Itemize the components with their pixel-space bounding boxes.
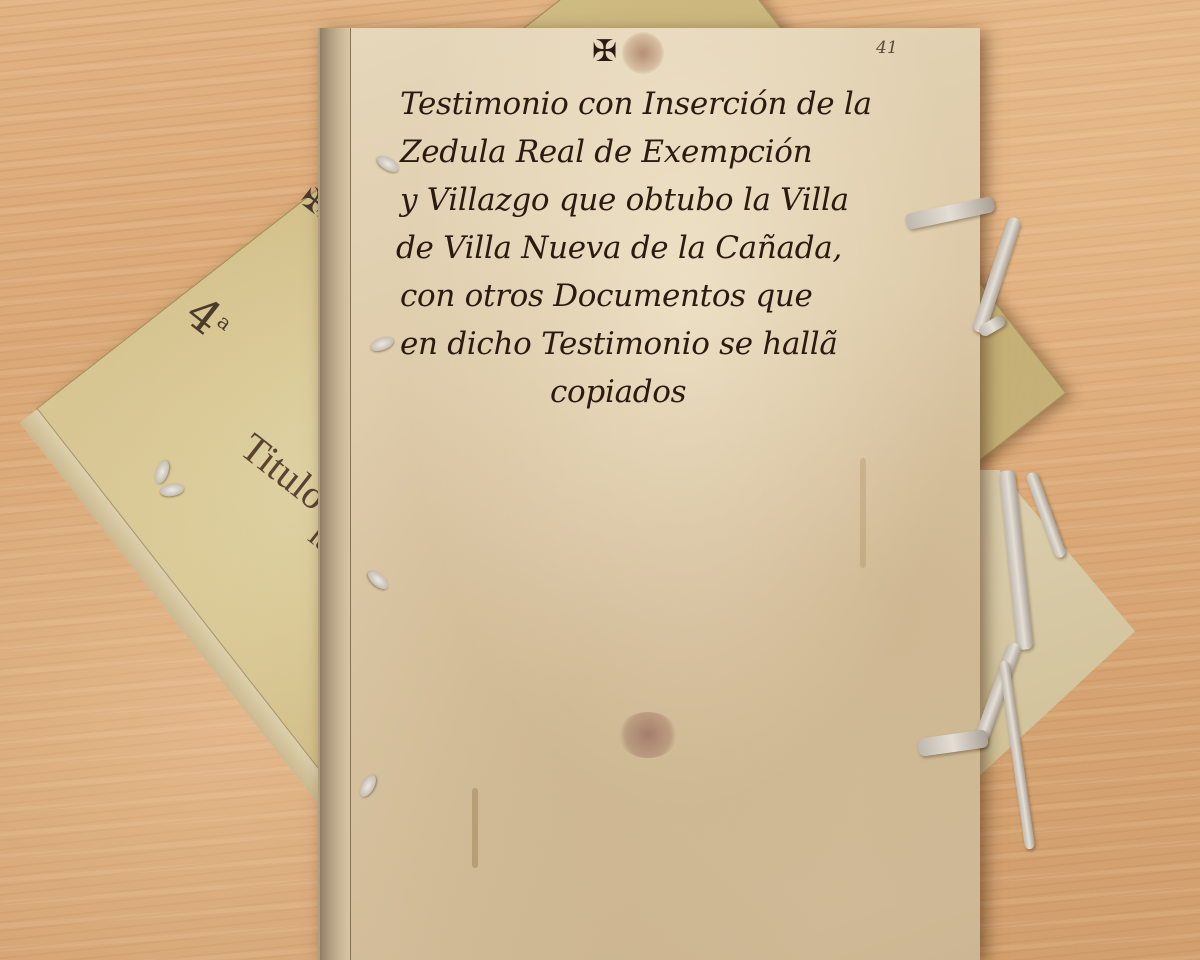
top-stain: [622, 32, 664, 74]
title-line-4: de Villa Nueva de la Cañada,: [396, 224, 920, 272]
vertical-stain: [860, 458, 866, 568]
wax-stain: [618, 712, 678, 758]
title-line-1: Testimonio con Inserción de la: [400, 80, 920, 128]
title-line-6: en dicho Testimonio se hallã: [400, 320, 920, 368]
folio-number: 41: [876, 38, 898, 58]
title-line-2: Zedula Real de Exempción: [400, 128, 920, 176]
main-parchment-document: ✠ 41 Testimonio con Inserción de la Zedu…: [318, 28, 980, 960]
title-line-5: con otros Documentos que: [400, 272, 920, 320]
manuscript-title: Testimonio con Inserción de la Zedula Re…: [400, 80, 920, 416]
cross-mark-icon: ✠: [592, 34, 617, 69]
vertical-stain: [472, 788, 478, 868]
title-line-3: y Villazgo que obtubo la Villa: [400, 176, 920, 224]
document-spine: [320, 28, 351, 960]
title-line-7: copiados: [550, 368, 920, 416]
